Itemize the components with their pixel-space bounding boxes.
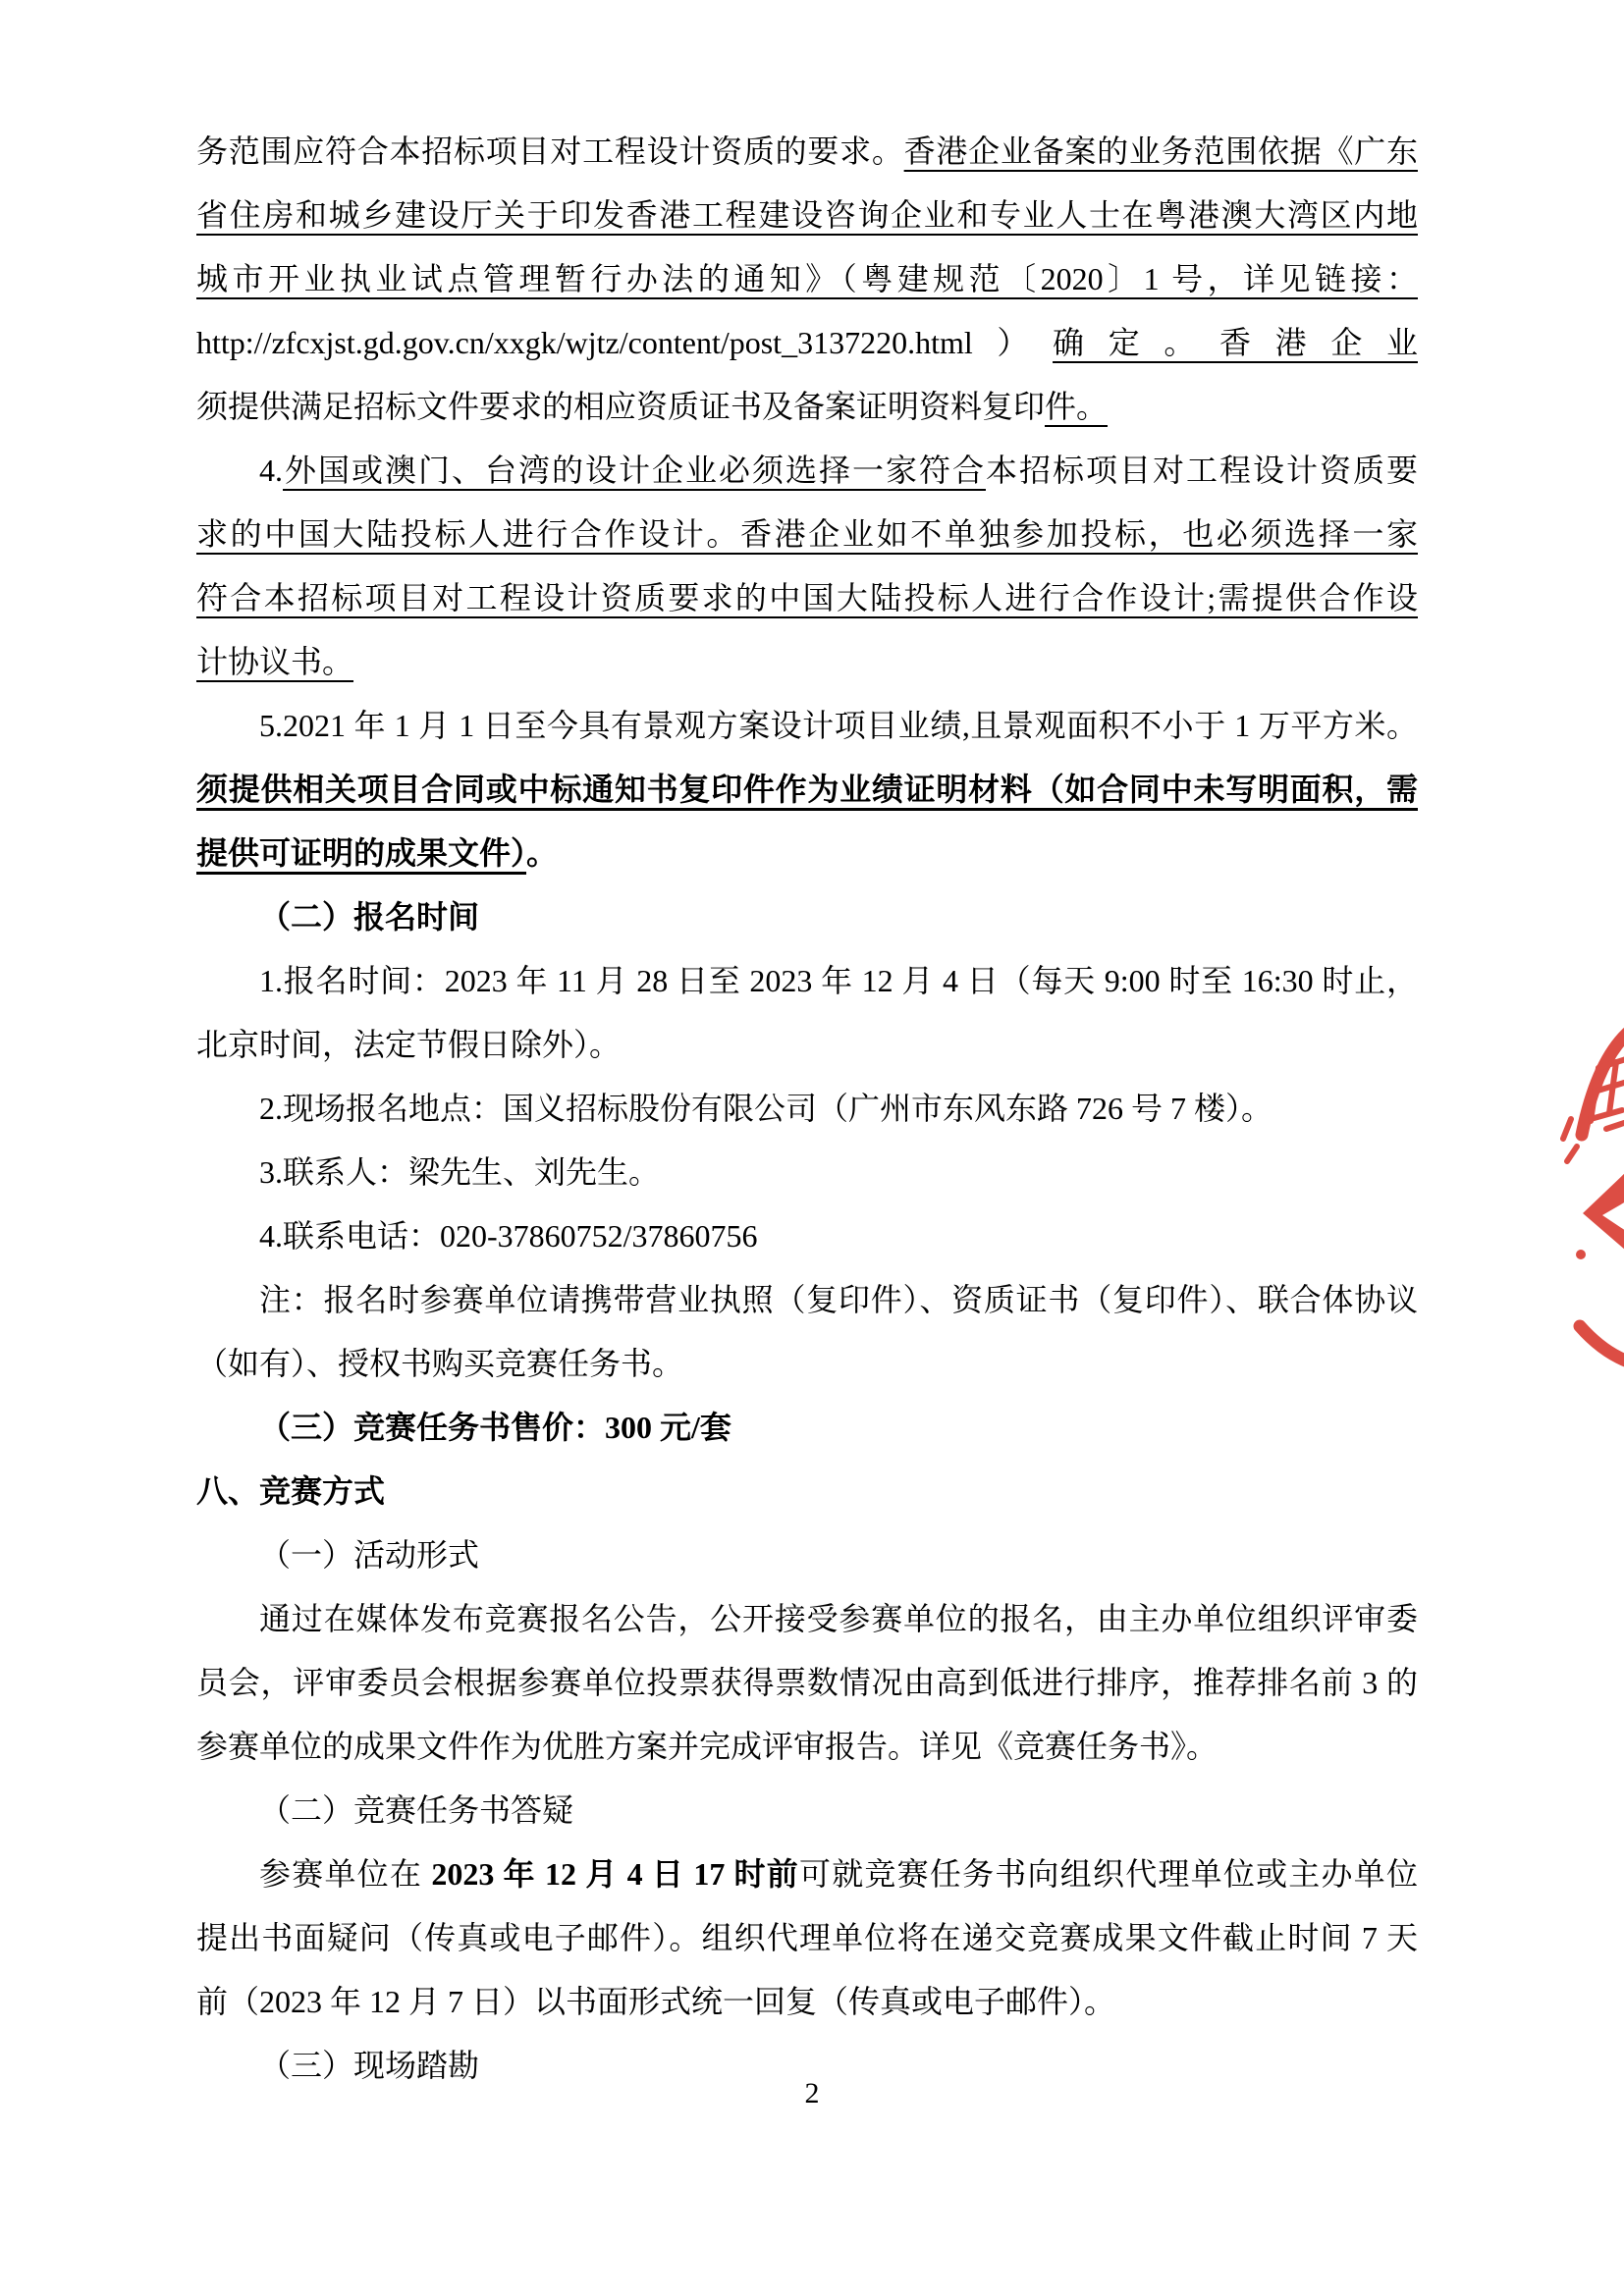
text-run: 。 [526, 835, 558, 871]
text-line: （三）竞赛任务书售价：300 元/套 [196, 1396, 1418, 1460]
text-line: 符合本招标项目对工程设计资质要求的中国大陆投标人进行合作设计;需提供合作设 [196, 566, 1418, 630]
page-number: 2 [0, 2071, 1624, 2116]
text-run: 4.联系电话：020-37860752/37860756 [259, 1218, 758, 1254]
text-run: 前（2023 年 12 月 7 日）以书面形式统一回复（传真或电子邮件）。 [196, 1984, 1115, 2019]
text-run: （三）竞赛任务书售价：300 元/套 [259, 1410, 731, 1445]
text-line: 员会，评审委员会根据参赛单位投票获得票数情况由高到低进行排序，推荐排名前 3 的 [196, 1651, 1418, 1715]
text-line: 2.现场报名地点：国义招标股份有限公司（广州市东风东路 726 号 7 楼）。 [196, 1077, 1418, 1141]
text-line: 1.报名时间：2023 年 11 月 28 日至 2023 年 12 月 4 日… [196, 949, 1418, 1013]
text-line: 计协议书。 [196, 630, 1418, 694]
stamp-star-icon [1583, 1172, 1624, 1251]
underlined-text-run: 城市开业执业试点管理暂行办法的通知》（粤建规范〔2020〕1 号，详见链接： [196, 261, 1418, 296]
text-run: 3.联系人：梁先生、刘先生。 [259, 1154, 660, 1190]
document-body: 务范围应符合本招标项目对工程设计资质的要求。香港企业备案的业务范围依据《广东省住… [196, 120, 1418, 2098]
stamp-arc-bottom-icon [1580, 1326, 1624, 1362]
underlined-text-run: 求的中国大陆投标人进行合作设计。香港企业如不单独参加投标，也必须选择一家 [196, 516, 1418, 552]
text-line: 参赛单位的成果文件作为优胜方案并完成评审报告。详见《竞赛任务书》。 [196, 1715, 1418, 1779]
text-run: 务范围应符合本招标项目对工程设计资质的要求。 [196, 133, 904, 169]
text-line: （如有）、授权书购买竞赛任务书。 [196, 1332, 1418, 1396]
text-line: http://zfcxjst.gd.gov.cn/xxgk/wjtz/conte… [196, 311, 1418, 375]
text-run: 注：报名时参赛单位请携带营业执照（复印件）、资质证书（复印件）、联合体协议 [259, 1282, 1418, 1317]
text-run: （如有）、授权书购买竞赛任务书。 [196, 1346, 683, 1381]
text-run: 八、竞赛方式 [196, 1473, 385, 1509]
underlined-text-run: 件。 [1045, 389, 1108, 424]
underlined-text-run: 省住房和城乡建设厅关于印发香港工程建设咨询企业和专业人士在粤港澳大湾区内地 [196, 197, 1418, 233]
text-run: 提出书面疑问（传真或电子邮件）。组织代理单位将在递交竞赛成果文件截止时间 7 天 [196, 1920, 1418, 1955]
text-line: （二）报名时间 [196, 885, 1418, 949]
text-run: （一）活动形式 [259, 1537, 479, 1573]
document-page: 务范围应符合本招标项目对工程设计资质的要求。香港企业备案的业务范围依据《广东省住… [0, 0, 1624, 2296]
text-run: 2023 年 12 月 4 日 17 时前 [431, 1856, 799, 1892]
text-run: 参赛单位在 [259, 1856, 431, 1892]
text-run: 北京时间，法定节假日除外）。 [196, 1027, 621, 1062]
text-run: 5.2021 年 1 月 1 日至今具有景观方案设计项目业绩,且景观面积不小于 … [259, 708, 1418, 743]
text-line: 须提供相关项目合同或中标通知书复印件作为业绩证明材料（如合同中未写明面积，需 [196, 758, 1418, 822]
text-line: 须提供满足招标文件要求的相应资质证书及备案证明资料复印件。 [196, 375, 1418, 439]
underlined-text-run: 确定。香港企业 [1053, 325, 1418, 360]
text-run: 员会，评审委员会根据参赛单位投票获得票数情况由高到低进行排序，推荐排名前 3 的 [196, 1665, 1418, 1700]
text-line: 提出书面疑问（传真或电子邮件）。组织代理单位将在递交竞赛成果文件截止时间 7 天 [196, 1906, 1418, 1970]
text-line: 北京时间，法定节假日除外）。 [196, 1013, 1418, 1077]
text-line: 求的中国大陆投标人进行合作设计。香港企业如不单独参加投标，也必须选择一家 [196, 503, 1418, 566]
text-run: 4. [259, 453, 283, 488]
underlined-text-run: 香港企业备案的业务范围依据《广东 [904, 133, 1418, 169]
text-line: 八、竞赛方式 [196, 1460, 1418, 1523]
text-run: 1.报名时间：2023 年 11 月 28 日至 2023 年 12 月 4 日… [259, 963, 1418, 998]
text-line: 省住房和城乡建设厅关于印发香港工程建设咨询企业和专业人士在粤港澳大湾区内地 [196, 184, 1418, 247]
text-line: 注：报名时参赛单位请携带营业执照（复印件）、资质证书（复印件）、联合体协议 [196, 1268, 1418, 1332]
text-run: （二）报名时间 [259, 899, 479, 934]
text-line: 通过在媒体发布竞赛报名公告，公开接受参赛单位的报名，由主办单位组织评审委 [196, 1587, 1418, 1651]
text-line: （二）竞赛任务书答疑 [196, 1779, 1418, 1842]
text-run: 本招标项目对工程设计资质要 [986, 453, 1418, 488]
underlined-text-run: 提供可证明的成果文件） [196, 835, 526, 871]
text-run: 须提供满足招标文件要求的相应资质证书及备案证明资料复印 [196, 389, 1045, 424]
underlined-text-run: 计协议书。 [196, 644, 353, 679]
official-stamp [1496, 1001, 1624, 1394]
text-line: 提供可证明的成果文件）。 [196, 822, 1418, 885]
text-line: 前（2023 年 12 月 7 日）以书面形式统一回复（传真或电子邮件）。 [196, 1970, 1418, 2034]
text-line: 3.联系人：梁先生、刘先生。 [196, 1141, 1418, 1204]
text-line: 务范围应符合本招标项目对工程设计资质的要求。香港企业备案的业务范围依据《广东 [196, 120, 1418, 184]
text-line: （一）活动形式 [196, 1523, 1418, 1587]
text-run: 可就竞赛任务书向组织代理单位或主办单位 [799, 1856, 1418, 1892]
text-run: （二）竞赛任务书答疑 [259, 1792, 573, 1828]
underlined-text-run: 须提供相关项目合同或中标通知书复印件作为业绩证明材料（如合同中未写明面积，需 [196, 772, 1418, 807]
text-line: 5.2021 年 1 月 1 日至今具有景观方案设计项目业绩,且景观面积不小于 … [196, 694, 1418, 758]
text-run: 通过在媒体发布竞赛报名公告，公开接受参赛单位的报名，由主办单位组织评审委 [259, 1601, 1418, 1636]
text-line: 参赛单位在 2023 年 12 月 4 日 17 时前可就竞赛任务书向组织代理单… [196, 1842, 1418, 1906]
text-run: http://zfcxjst.gd.gov.cn/xxgk/wjtz/conte… [196, 325, 1053, 360]
text-line: 4.外国或澳门、台湾的设计企业必须选择一家符合本招标项目对工程设计资质要 [196, 439, 1418, 503]
stamp-dot-icon [1576, 1250, 1586, 1259]
underlined-text-run: 外国或澳门、台湾的设计企业必须选择一家符合 [283, 453, 986, 488]
underlined-text-run: 符合本招标项目对工程设计资质要求的中国大陆投标人进行合作设计;需提供合作设 [196, 580, 1418, 615]
text-run: 参赛单位的成果文件作为优胜方案并完成评审报告。详见《竞赛任务书》。 [196, 1729, 1218, 1764]
text-line: 城市开业执业试点管理暂行办法的通知》（粤建规范〔2020〕1 号，详见链接： [196, 247, 1418, 311]
text-run: 2.现场报名地点：国义招标股份有限公司（广州市东风东路 726 号 7 楼）。 [259, 1091, 1272, 1126]
text-line: 4.联系电话：020-37860752/37860756 [196, 1204, 1418, 1268]
